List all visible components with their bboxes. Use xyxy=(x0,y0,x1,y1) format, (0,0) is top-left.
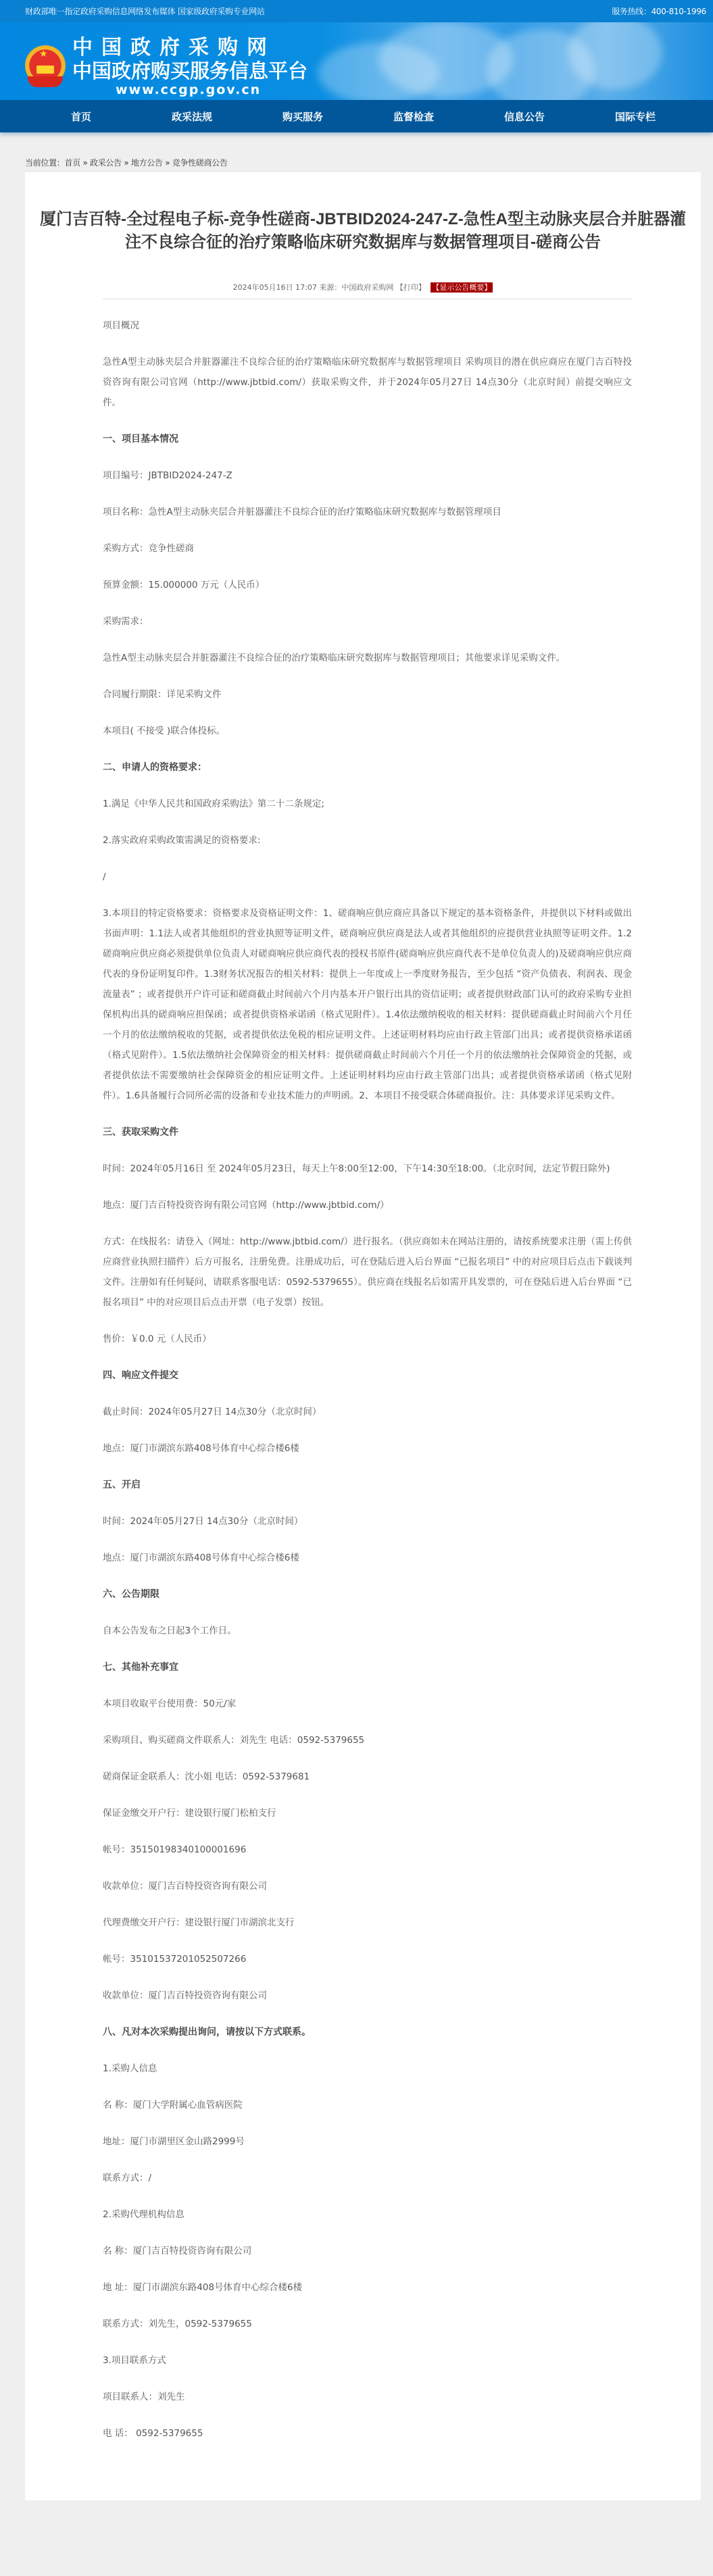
paragraph: 帐号：35150198340100001696 xyxy=(103,1840,632,1860)
article-body: 项目概况急性A型主动脉夹层合并脏器灌注不良综合征的治疗策略临床研究数据库与数据管… xyxy=(25,299,701,2444)
section-heading: 五、开启 xyxy=(103,1475,632,1495)
paragraph: 收款单位：厦门吉百特投资咨询有限公司 xyxy=(103,1876,632,1896)
nav-item-purchase-services[interactable]: 购买服务 xyxy=(266,109,340,124)
service-hotline: 服务热线：400-810-1996 xyxy=(612,5,706,17)
paragraph: 项目概况 xyxy=(103,315,632,336)
breadcrumb-current[interactable]: 竞争性磋商公告 xyxy=(172,158,228,168)
paragraph: 收款单位：厦门吉百特投资咨询有限公司 xyxy=(103,1986,632,2006)
logo-url: www.ccgp.gov.cn xyxy=(72,82,308,98)
paragraph: 地点：厦门市湖滨东路408号体育中心综合楼6楼 xyxy=(103,1548,632,1568)
cloud-decoration xyxy=(568,22,662,90)
section-heading: 八、凡对本次采购提出询问，请按以下方式联系。 xyxy=(103,2022,632,2042)
paragraph: 自本公告发布之日起3个工作日。 xyxy=(103,1621,632,1641)
main-nav: 首页 政采法规 购买服务 监督检查 信息公告 国际专栏 xyxy=(0,100,713,132)
paragraph: 时间：2024年05月27日 14点30分（北京时间） xyxy=(103,1511,632,1532)
print-link[interactable]: 【打印】 xyxy=(396,283,426,292)
paragraph: 地址：厦门市湖里区金山路2999号 xyxy=(103,2131,632,2152)
paragraph: 采购方式：竞争性磋商 xyxy=(103,538,632,559)
breadcrumb-separator: » xyxy=(165,158,170,168)
paragraph: 1.满足《中华人民共和国政府采购法》第二十二条规定; xyxy=(103,794,632,814)
paragraph: 项目编号：JBTBID2024-247-Z xyxy=(103,465,632,486)
article-panel: 厦门吉百特-全过程电子标-竞争性磋商-JBTBID2024-247-Z-急性A型… xyxy=(25,172,701,2500)
article-meta: 2024年05月16日 17:07 来源：中国政府采购网 【打印】 【显示公告概… xyxy=(25,282,701,293)
site-logo[interactable]: ★ 中国政府采购网 中国政府购买服务信息平台 www.ccgp.gov.cn xyxy=(25,36,308,98)
source-name: 中国政府采购网 xyxy=(341,283,393,292)
paragraph: 联系方式：/ xyxy=(103,2168,632,2188)
paragraph: 预算金额：15.000000 万元（人民币） xyxy=(103,575,632,595)
show-summary-button[interactable]: 【显示公告概要】 xyxy=(431,282,493,293)
site-banner: ★ 中国政府采购网 中国政府购买服务信息平台 www.ccgp.gov.cn xyxy=(0,22,713,100)
paragraph: 联系方式：刘先生，0592-5379655 xyxy=(103,2314,632,2334)
breadcrumb-local[interactable]: 地方公告 xyxy=(131,158,163,168)
paragraph: 2.落实政府采购政策需满足的资格要求: xyxy=(103,830,632,851)
paragraph: 本项目( 不接受 )联合体投标。 xyxy=(103,721,632,741)
paragraph: 采购项目、购买磋商文件联系人：刘先生 电话：0592-5379655 xyxy=(103,1730,632,1750)
paragraph: 电 话： 0592-5379655 xyxy=(103,2423,632,2444)
paragraph: 本项目收取平台使用费：50元/家 xyxy=(103,1694,632,1714)
paragraph: 售价：￥0.0 元（人民币） xyxy=(103,1329,632,1349)
article-title: 厦门吉百特-全过程电子标-竞争性磋商-JBTBID2024-247-Z-急性A型… xyxy=(25,208,701,254)
section-heading: 一、项目基本情况 xyxy=(103,429,632,449)
logo-title: 中国政府采购网 xyxy=(72,36,308,60)
section-heading: 七、其他补充事宜 xyxy=(103,1657,632,1677)
logo-subtitle: 中国政府购买服务信息平台 xyxy=(72,60,308,82)
breadcrumb-separator: » xyxy=(124,158,128,168)
paragraph: 帐号：35101537201052507266 xyxy=(103,1949,632,1969)
paragraph: 保证金缴交开户行：建设银行厦门松柏支行 xyxy=(103,1803,632,1823)
paragraph: / xyxy=(103,867,632,887)
paragraph: 3.项目联系方式 xyxy=(103,2350,632,2371)
paragraph: 急性A型主动脉夹层合并脏器灌注不良综合征的治疗策略临床研究数据库与数据管理项目；… xyxy=(103,648,632,668)
paragraph: 合同履行期限：详见采购文件 xyxy=(103,684,632,705)
publish-date: 2024年05月16日 17:07 xyxy=(233,283,317,292)
breadcrumb: 当前位置：首页 » 政采公告 » 地方公告 » 竞争性磋商公告 xyxy=(0,132,713,172)
paragraph: 3.本项目的特定资格要求：资格要求及资格证明文件：1、磋商响应供应商应具备以下规… xyxy=(103,903,632,1106)
paragraph: 项目联系人：刘先生 xyxy=(103,2387,632,2407)
paragraph: 磋商保证金联系人：沈小姐 电话：0592-5379681 xyxy=(103,1767,632,1787)
paragraph: 时间：2024年05月16日 至 2024年05月23日，每天上午8:00至12… xyxy=(103,1159,632,1179)
source-label: 来源： xyxy=(319,283,341,292)
paragraph: 项目名称：急性A型主动脉夹层合并脏器灌注不良综合征的治疗策略临床研究数据库与数据… xyxy=(103,502,632,522)
paragraph: 名 称：厦门大学附属心血管病医院 xyxy=(103,2095,632,2115)
paragraph: 急性A型主动脉夹层合并脏器灌注不良综合征的治疗策略临床研究数据库与数据管理项目 … xyxy=(103,352,632,413)
paragraph: 截止时间：2024年05月27日 14点30分（北京时间） xyxy=(103,1402,632,1422)
paragraph: 地点：厦门市湖滨东路408号体育中心综合楼6楼 xyxy=(103,1438,632,1459)
paragraph: 地点：厦门吉百特投资咨询有限公司官网（http://www.jbtbid.com… xyxy=(103,1195,632,1215)
nav-item-supervision[interactable]: 监督检查 xyxy=(376,109,451,124)
breadcrumb-label: 当前位置： xyxy=(25,158,65,168)
site-slogan: 财政部唯一指定政府采购信息网络发布媒体 国家级政府采购专业网站 xyxy=(25,5,265,17)
section-heading: 四、响应文件提交 xyxy=(103,1365,632,1386)
section-heading: 六、公告期限 xyxy=(103,1584,632,1605)
logo-text: 中国政府采购网 中国政府购买服务信息平台 www.ccgp.gov.cn xyxy=(72,36,308,98)
paragraph: 方式：在线报名：请登入（网址：http://www.jbtbid.com/）进行… xyxy=(103,1232,632,1313)
section-heading: 三、获取采购文件 xyxy=(103,1122,632,1142)
nav-item-home[interactable]: 首页 xyxy=(44,109,118,124)
nav-item-regulations[interactable]: 政采法规 xyxy=(155,109,229,124)
breadcrumb-separator: » xyxy=(82,158,87,168)
paragraph: 名 称：厦门吉百特投资咨询有限公司 xyxy=(103,2241,632,2261)
paragraph: 采购需求： xyxy=(103,611,632,632)
national-emblem-icon: ★ xyxy=(25,45,66,89)
paragraph: 地 址：厦门市湖滨东路408号体育中心综合楼6楼 xyxy=(103,2277,632,2298)
breadcrumb-announcements[interactable]: 政采公告 xyxy=(90,158,122,168)
paragraph: 代理费缴交开户行：建设银行厦门市湖滨北支行 xyxy=(103,1913,632,1933)
top-bar: 财政部唯一指定政府采购信息网络发布媒体 国家级政府采购专业网站 服务热线：400… xyxy=(0,0,713,22)
paragraph: 2.采购代理机构信息 xyxy=(103,2204,632,2225)
nav-item-international[interactable]: 国际专栏 xyxy=(598,109,672,124)
breadcrumb-home[interactable]: 首页 xyxy=(65,158,80,168)
paragraph: 1.采购人信息 xyxy=(103,2059,632,2079)
nav-item-announcements[interactable]: 信息公告 xyxy=(487,109,562,124)
section-heading: 二、申请人的资格要求： xyxy=(103,757,632,778)
